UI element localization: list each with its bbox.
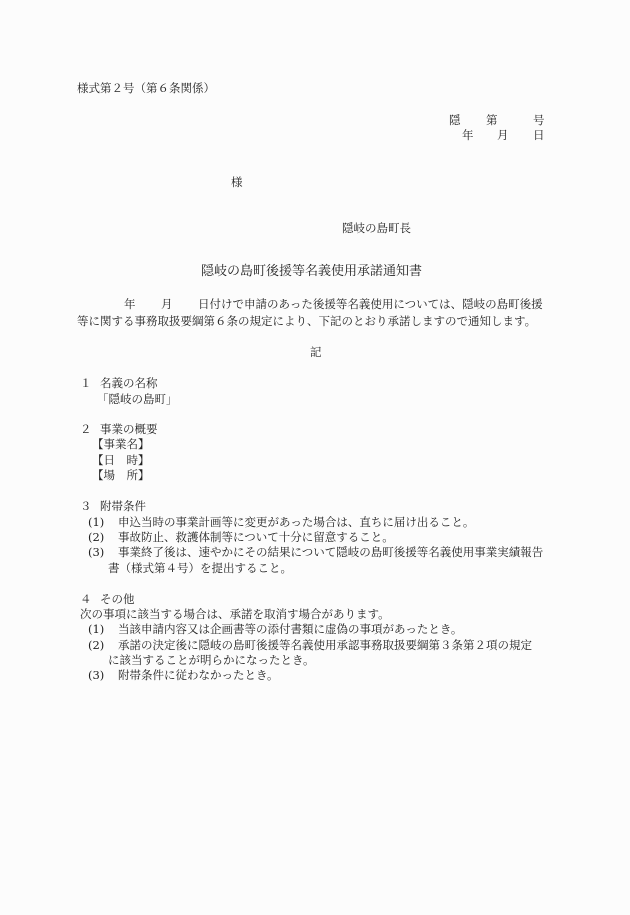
- name-value: 「隠岐の島町」: [97, 391, 178, 407]
- revocation-item: 当該申請内容又は企画書等の添付書類に虚偽の事項があったとき。: [118, 621, 462, 637]
- issuer: 隠岐の島町長: [342, 220, 411, 236]
- section-number: ３: [80, 498, 92, 514]
- section-heading: 事業の概要: [100, 421, 158, 437]
- section-number: １: [80, 375, 92, 391]
- item-number: (3): [88, 667, 104, 683]
- intro-line1: 日付けで申請のあった後援等名義使用については、隠岐の島町後援: [198, 296, 543, 312]
- item-number: (1): [88, 621, 104, 637]
- section-heading: 附帯条件: [100, 498, 146, 514]
- date-day: 日: [533, 127, 545, 143]
- document-title: 隠岐の島町後援等名義使用承諾通知書: [201, 264, 422, 280]
- section-heading: 名義の名称: [100, 375, 158, 391]
- revocation-item: 承諾の決定後に隠岐の島町後援等名義使用承認事務取扱要綱第３条第２項の規定: [118, 637, 532, 653]
- addressee-suffix: 様: [231, 174, 243, 190]
- condition-item: 事故防止、救護体制等について十分に留意すること。: [118, 529, 394, 545]
- field-event-name: 【事業名】: [92, 436, 150, 452]
- ki-marker: 記: [310, 344, 322, 360]
- date-year: 年: [462, 127, 474, 143]
- form-number: 様式第２号（第６条関係）: [77, 80, 215, 96]
- item-number: (1): [88, 514, 104, 530]
- condition-item: 申込当時の事業計画等に変更があった場合は、直ちに届け出ること。: [118, 514, 474, 530]
- section-lead: 次の事項に該当する場合は、承諾を取消す場合があります。: [80, 606, 390, 622]
- intro-line2: 等に関する事務取扱要綱第６条の規定により、下記のとおり承諾しますので通知します。: [77, 313, 536, 329]
- condition-item: 事業終了後は、速やかにその結果について隠岐の島町後援等名義使用事業実績報告: [118, 544, 543, 560]
- item-number: (2): [88, 529, 104, 545]
- item-number: (3): [88, 544, 104, 560]
- revocation-item: 附帯条件に従わなかったとき。: [118, 667, 279, 683]
- section-number: ２: [80, 421, 92, 437]
- date-month: 月: [497, 127, 509, 143]
- ref-prefix: 隠: [449, 112, 461, 128]
- ref-mid: 第: [486, 112, 498, 128]
- ref-suffix: 号: [533, 112, 545, 128]
- intro-year: 年: [124, 296, 136, 312]
- section-number: ４: [80, 591, 92, 607]
- field-place: 【場 所】: [92, 467, 150, 483]
- item-number: (2): [88, 637, 104, 653]
- section-heading: その他: [100, 591, 135, 607]
- condition-item-cont: 書（様式第４号）を提出すること。: [108, 560, 292, 576]
- revocation-item-cont: に該当することが明らかになったとき。: [108, 652, 315, 668]
- intro-month: 月: [161, 296, 173, 312]
- field-datetime: 【日 時】: [92, 452, 150, 468]
